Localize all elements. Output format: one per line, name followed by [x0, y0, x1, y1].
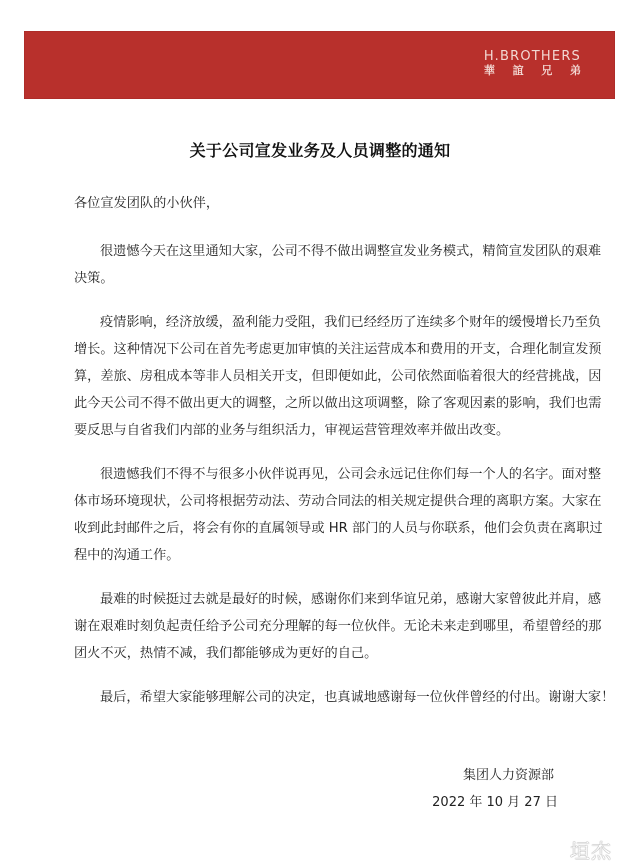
brand-char: 兄 — [541, 64, 552, 78]
paragraph-line: 算，差旅、房租成本等非人员相关开支，但即便如此，公司依然面临着很大的经营挑战，因 — [74, 363, 584, 390]
paragraph-4: 最难的时候挺过去就是最好的时候，感谢你们来到华谊兄弟，感谢大家曾彼此并肩，感 谢… — [74, 586, 584, 667]
paragraph-line: 体市场环境现状，公司将根据劳动法、劳动合同法的相关规定提供合理的离职方案。大家在 — [74, 488, 584, 515]
brand-name-cn: 華 誼 兄 弟 — [484, 64, 581, 78]
paragraph-1: 很遗憾今天在这里通知大家，公司不得不做出调整宣发业务模式，精简宣发团队的艰难 决… — [74, 238, 584, 292]
signature-date: 2022 年 10 月 27 日 — [432, 789, 558, 816]
paragraph-line: 程中的沟通工作。 — [74, 542, 584, 569]
paragraph-line: 收到此封邮件之后，将会有你的直属领导或 HR 部门的人员与你联系，他们会负责在离… — [74, 515, 584, 542]
brand-name-en: H.BROTHERS — [484, 50, 581, 64]
paragraph-line: 很遗憾今天在这里通知大家，公司不得不做出调整宣发业务模式，精简宣发团队的艰难 — [74, 238, 584, 265]
header-banner: H.BROTHERS 華 誼 兄 弟 — [24, 31, 615, 99]
paragraph-line: 团火不灭，热情不减，我们都能够成为更好的自己。 — [74, 640, 584, 667]
document-body: 各位宣发团队的小伙伴， 很遗憾今天在这里通知大家，公司不得不做出调整宣发业务模式… — [74, 190, 584, 728]
paragraph-line: 此今天公司不得不做出更大的调整，之所以做出这项调整，除了客观因素的影响，我们也需 — [74, 390, 584, 417]
paragraph-line: 谢在艰难时刻负起责任给予公司充分理解的每一位伙伴。无论未来走到哪里，希望曾经的那 — [74, 613, 584, 640]
signature-department: 集团人力资源部 — [432, 762, 554, 789]
document-title: 关于公司宣发业务及人员调整的通知 — [0, 138, 640, 161]
brand-char: 華 — [484, 64, 495, 78]
signature-block: 集团人力资源部 2022 年 10 月 27 日 — [432, 762, 554, 816]
paragraph-line: 疫情影响，经济放缓，盈利能力受阻，我们已经经历了连续多个财年的缓慢增长乃至负 — [74, 309, 584, 336]
brand-logo: H.BROTHERS 華 誼 兄 弟 — [484, 50, 581, 78]
brand-char: 誼 — [513, 64, 524, 78]
paragraph-line: 决策。 — [74, 265, 584, 292]
paragraph-line: 最后，希望大家能够理解公司的决定，也真诚地感谢每一位伙伴曾经的付出。谢谢大家！ — [74, 684, 584, 711]
paragraph-line: 最难的时候挺过去就是最好的时候，感谢你们来到华谊兄弟，感谢大家曾彼此并肩，感 — [74, 586, 584, 613]
paragraph-line: 很遗憾我们不得不与很多小伙伴说再见，公司会永远记住你们每一个人的名字。面对整 — [74, 461, 584, 488]
brand-char: 弟 — [570, 64, 581, 78]
paragraph-3: 很遗憾我们不得不与很多小伙伴说再见，公司会永远记住你们每一个人的名字。面对整 体… — [74, 461, 584, 569]
paragraph-line: 增长。这种情况下公司在首先考虑更加审慎的关注运营成本和费用的开支，合理化制宣发预 — [74, 336, 584, 363]
paragraph-2: 疫情影响，经济放缓，盈利能力受阻，我们已经经历了连续多个财年的缓慢增长乃至负 增… — [74, 309, 584, 444]
greeting: 各位宣发团队的小伙伴， — [74, 190, 584, 217]
watermark: 垣杰 — [570, 835, 612, 864]
paragraph-line: 要反思与自省我们内部的业务与组织活力，审视运营管理效率并做出改变。 — [74, 417, 584, 444]
paragraph-5: 最后，希望大家能够理解公司的决定，也真诚地感谢每一位伙伴曾经的付出。谢谢大家！ — [74, 684, 584, 711]
